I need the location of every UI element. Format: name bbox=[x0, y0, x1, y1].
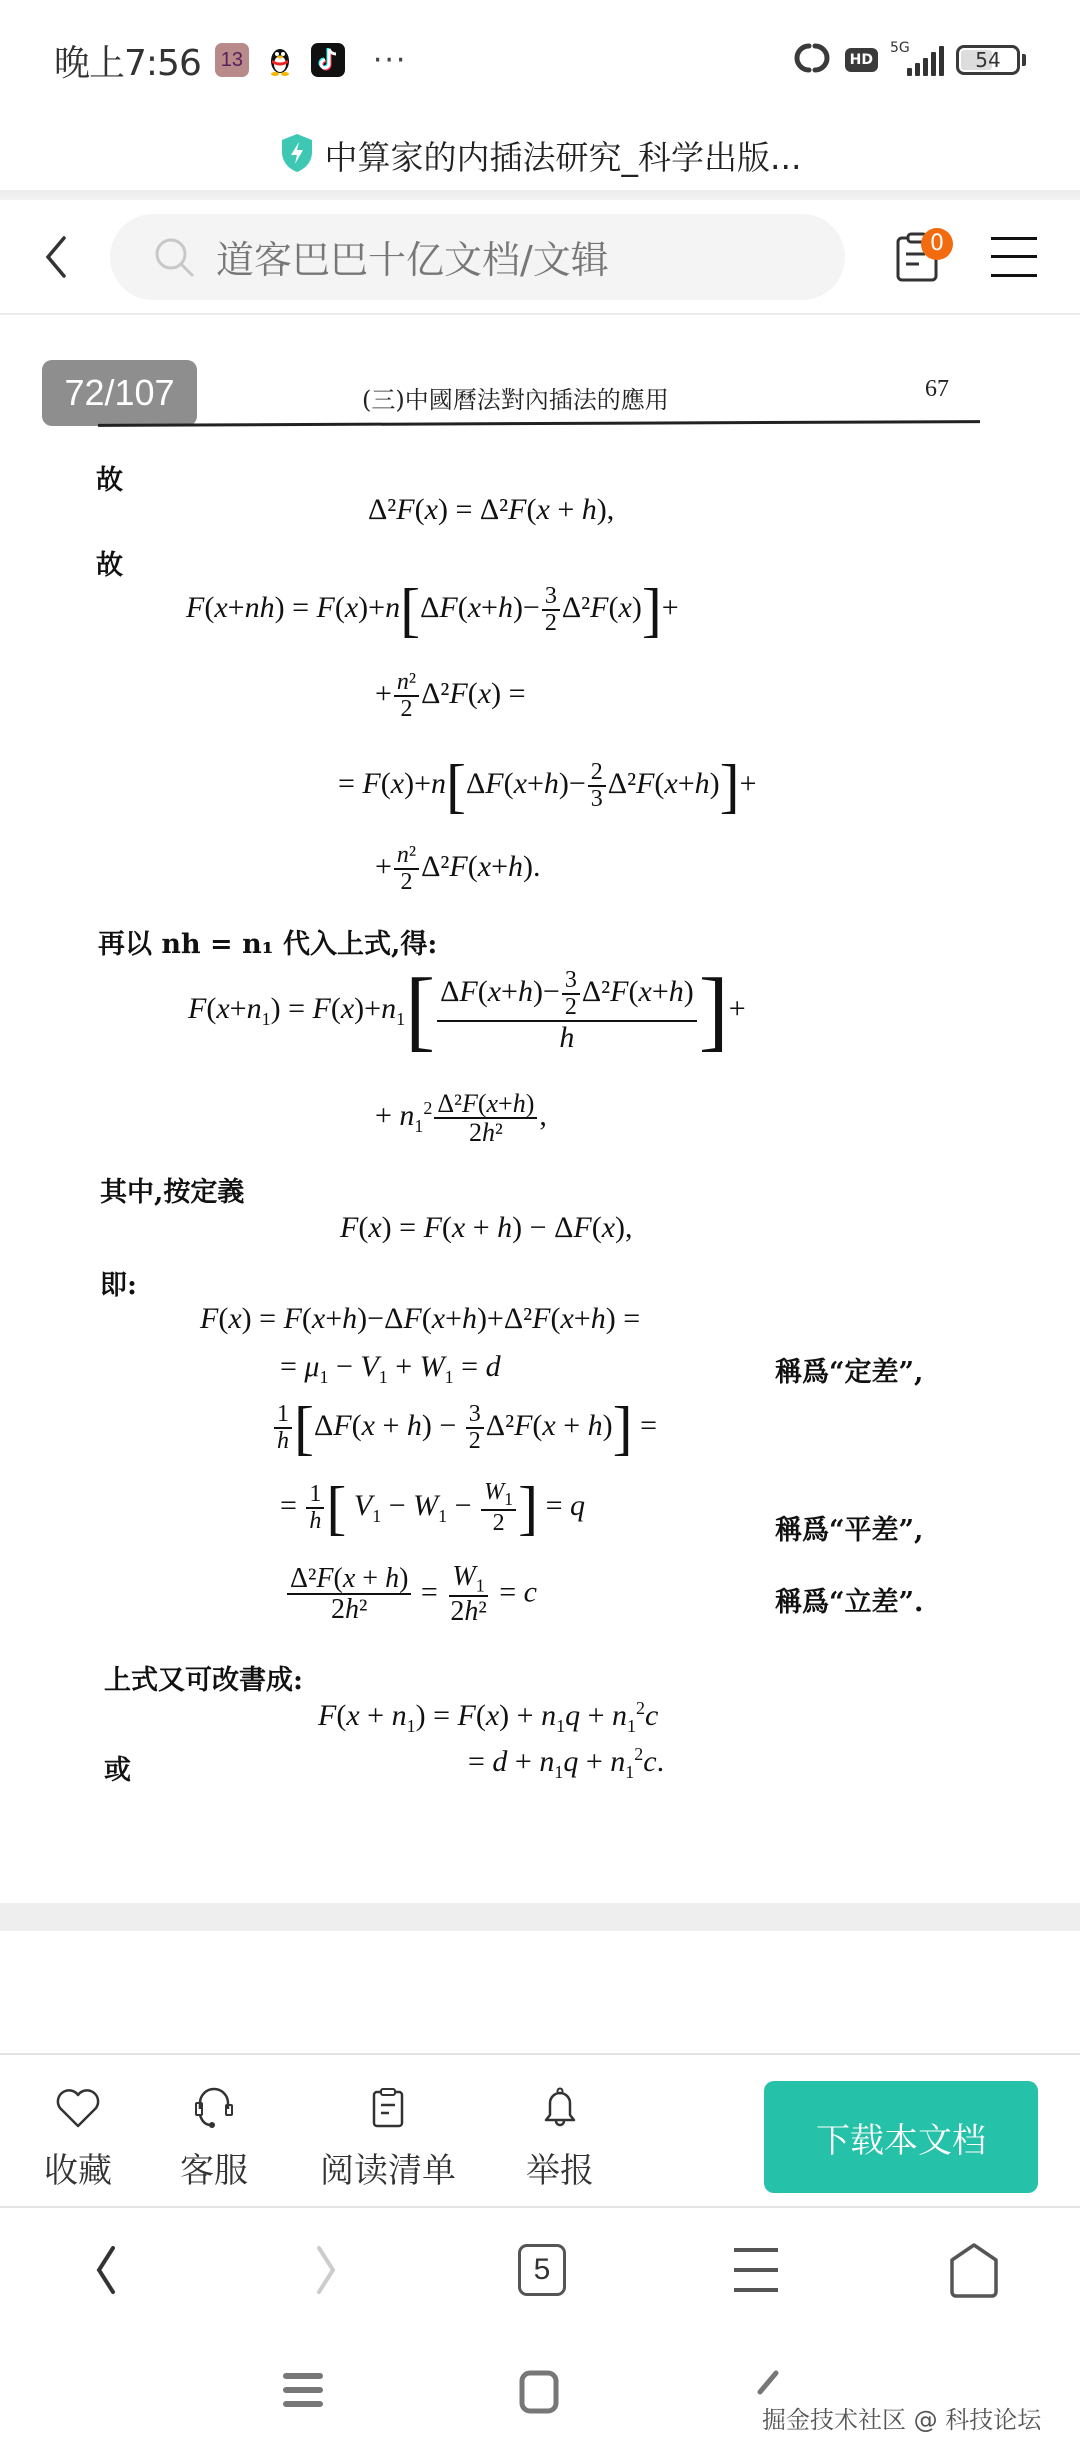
back-button[interactable] bbox=[0, 200, 110, 313]
browser-back-button[interactable] bbox=[76, 2240, 136, 2300]
reading-list-badge: 0 bbox=[921, 228, 953, 260]
search-placeholder: 道客巴巴十亿文档/文辑 bbox=[216, 229, 609, 284]
text-definition: 其中,按定義 bbox=[100, 1170, 244, 1209]
battery-icon: 54 bbox=[956, 45, 1026, 75]
system-recents-button[interactable] bbox=[282, 2370, 324, 2410]
search-input[interactable]: 道客巴巴十亿文档/文辑 bbox=[110, 214, 845, 300]
home-icon bbox=[948, 2242, 1000, 2298]
menu-button[interactable] bbox=[991, 237, 1037, 277]
signal-icon: 5G bbox=[890, 44, 944, 76]
recents-icon bbox=[282, 2370, 324, 2410]
tab-count: 5 bbox=[518, 2244, 566, 2296]
text-substitute: 再以 nh = n₁ 代入上式,得: bbox=[98, 922, 437, 961]
search-icon bbox=[152, 235, 196, 279]
label-ping-cha: 稱爲“平差”, bbox=[775, 1508, 923, 1547]
secure-shield-icon bbox=[279, 132, 315, 178]
equation-3-line-2: + n12Δ²F(x+h)2h², bbox=[375, 1090, 547, 1147]
equation-4: F(x) = F(x + h) − ΔF(x), bbox=[340, 1211, 633, 1245]
top-nav: 道客巴巴十亿文档/文辑 0 bbox=[0, 200, 1080, 315]
page-title: 中算家的内插法研究_科学出版... bbox=[325, 132, 802, 179]
text-huo: 或 bbox=[104, 1748, 131, 1787]
equation-6-line-1: 1h[ΔF(x + h) − 32Δ²F(x + h)] = bbox=[272, 1398, 657, 1458]
favorite-button[interactable]: 收藏 bbox=[44, 2087, 112, 2192]
equation-5-line-1: F(x) = F(x+h)−ΔF(x+h)+Δ²F(x+h) = bbox=[200, 1302, 640, 1336]
report-label: 举报 bbox=[526, 2143, 594, 2192]
link-icon bbox=[791, 42, 833, 78]
header-rule bbox=[98, 420, 980, 427]
status-left: 晚上7:56 13 ··· bbox=[54, 35, 407, 86]
equation-8-line-1: F(x + n1) = F(x) + n1q + n12c bbox=[318, 1698, 658, 1737]
text-gu: 故 bbox=[96, 458, 123, 497]
section-divider bbox=[0, 1903, 1080, 1931]
page-header-title: (三)中國曆法對內插法的應用 bbox=[362, 380, 669, 415]
equation-2-line-2: +n²2Δ²F(x) = bbox=[375, 670, 526, 722]
customer-service-button[interactable]: 客服 bbox=[180, 2087, 248, 2192]
network-type: 5G bbox=[890, 40, 910, 56]
text-rewrite: 上式又可改書成: bbox=[104, 1658, 303, 1697]
browser-nav-bar: 5 bbox=[0, 2210, 1080, 2330]
menu-icon-line bbox=[991, 274, 1037, 277]
label-ding-cha: 稱爲“定差”, bbox=[775, 1350, 923, 1389]
browser-home-button[interactable] bbox=[944, 2240, 1004, 2300]
status-bar: 晚上7:56 13 ··· HD 5G 54 bbox=[0, 0, 1080, 120]
hd-icon: HD bbox=[845, 48, 878, 72]
customer-service-label: 客服 bbox=[180, 2143, 248, 2192]
bottom-action-bar: 收藏 客服 阅读清单 举报 下载本文档 bbox=[0, 2053, 1080, 2208]
text-gu: 故 bbox=[96, 543, 123, 582]
browser-forward-button[interactable] bbox=[296, 2240, 356, 2300]
battery-level: 54 bbox=[975, 48, 1000, 72]
page-counter: 72/107 bbox=[42, 360, 197, 426]
equation-8-line-2: = d + n1q + n12c. bbox=[468, 1744, 664, 1783]
heart-icon bbox=[55, 2087, 101, 2129]
favorite-label: 收藏 bbox=[44, 2143, 112, 2192]
reading-list-button[interactable]: 0 bbox=[887, 222, 947, 292]
equation-1: Δ²F(x) = Δ²F(x + h), bbox=[368, 493, 614, 527]
equation-6-line-2: = 1h[ V1 − W1 − W12] = q bbox=[280, 1478, 585, 1538]
headset-icon bbox=[191, 2087, 237, 2129]
equation-2-line-1: F(x+nh) = F(x)+n[ΔF(x+h)−32Δ²F(x)]+ bbox=[186, 580, 679, 640]
menu-icon-line bbox=[991, 237, 1037, 240]
status-right: HD 5G 54 bbox=[791, 42, 1026, 78]
watermark: 掘金技术社区 @ 科技论坛 bbox=[762, 2400, 1041, 2435]
reading-list-label: 阅读清单 bbox=[320, 2143, 456, 2192]
report-button[interactable]: 举报 bbox=[526, 2087, 594, 2192]
equation-3-line-1: F(x+n1) = F(x)+n1[ΔF(x+h)−32Δ²F(x+h)h]+ bbox=[188, 966, 746, 1056]
download-document-button[interactable]: 下载本文档 bbox=[764, 2081, 1038, 2193]
calendar-notification-icon: 13 bbox=[215, 43, 249, 77]
page-title-row: 中算家的内插法研究_科学出版... bbox=[0, 120, 1080, 190]
chevron-right-icon bbox=[311, 2244, 341, 2296]
chevron-left-icon bbox=[91, 2244, 121, 2296]
system-home-button[interactable] bbox=[518, 2370, 560, 2414]
bell-icon bbox=[537, 2087, 583, 2129]
clipboard-icon bbox=[365, 2087, 411, 2129]
equation-2-line-3: = F(x)+n[ΔF(x+h)−23Δ²F(x+h)]+ bbox=[338, 756, 757, 816]
document-page[interactable]: 72/107 (三)中國曆法對內插法的應用 67 故 Δ²F(x) = Δ²F(… bbox=[0, 318, 1080, 1898]
square-home-icon bbox=[518, 2370, 560, 2414]
text-ji: 即: bbox=[100, 1263, 137, 1302]
qq-icon bbox=[263, 42, 297, 78]
tabs-button[interactable]: 5 bbox=[512, 2240, 572, 2300]
menu-icon-line bbox=[991, 255, 1037, 258]
more-notifications-icon: ··· bbox=[373, 43, 408, 78]
equation-7: Δ²F(x + h)2h² = W12h² = c bbox=[285, 1562, 537, 1627]
page-header-number: 67 bbox=[925, 376, 949, 403]
browser-menu-button[interactable] bbox=[726, 2240, 786, 2300]
tiktok-icon bbox=[311, 43, 345, 77]
equation-5-line-2: = μ1 − V1 + W1 = d bbox=[280, 1350, 501, 1388]
status-time: 晚上7:56 bbox=[54, 35, 201, 86]
menu-icon bbox=[731, 2245, 781, 2295]
label-li-cha: 稱爲“立差”. bbox=[775, 1580, 923, 1619]
reading-list-bottom-button[interactable]: 阅读清单 bbox=[320, 2087, 456, 2192]
chevron-left-icon bbox=[40, 234, 70, 280]
equation-2-line-4: +n²2Δ²F(x+h). bbox=[375, 843, 541, 895]
